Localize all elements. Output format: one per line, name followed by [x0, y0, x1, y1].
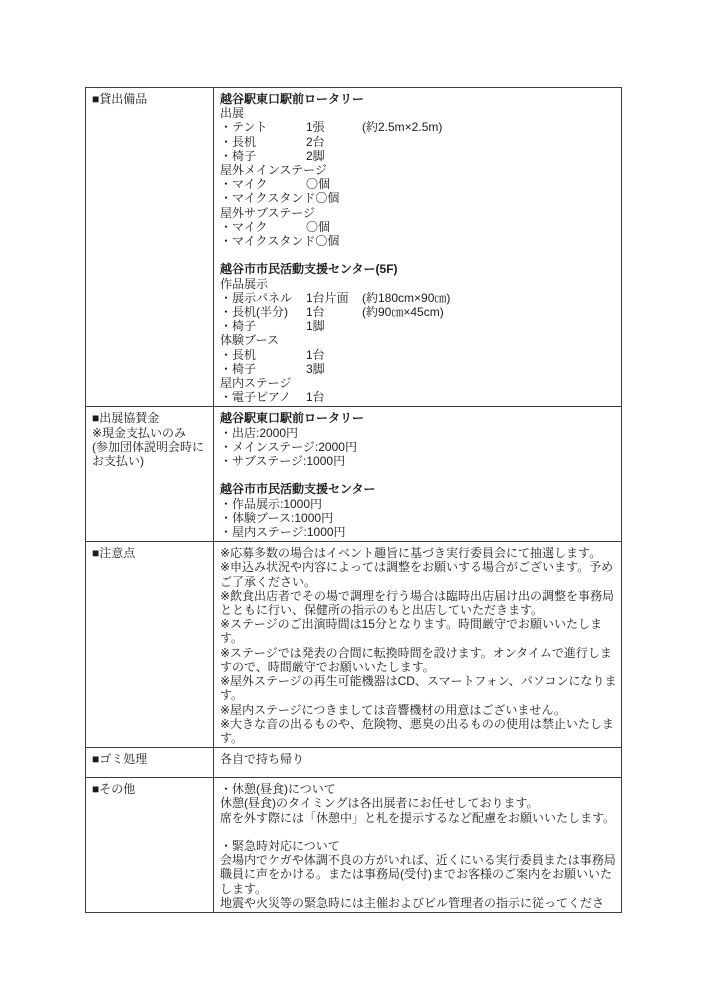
info-table: ■貸出備品越谷駅東口駅前ロータリー出展・テント1張(約2.5m×2.5m)・長机… — [85, 87, 622, 913]
document-page: ■貸出備品越谷駅東口駅前ロータリー出展・テント1張(約2.5m×2.5m)・長机… — [0, 0, 707, 1000]
equipment-item: ・マイクスタンド〇個 — [220, 234, 617, 248]
venue-title: 越谷市市民活動支援センター — [220, 482, 617, 496]
blank-line — [220, 248, 617, 262]
text-line: 屋内ステージ — [220, 376, 617, 390]
text-line: ※屋外ステージの再生可能機器はCD、スマートフォン、パソコンになります。 — [220, 674, 617, 702]
text-line: 休憩(昼食)のタイミングは各出展者にお任せしております。 — [220, 796, 617, 810]
header-line: ■注意点 — [92, 546, 209, 560]
header-line: ※現金支払いのみ — [92, 426, 209, 440]
header-line: ■出展協賛金 — [92, 411, 209, 425]
text-line: ※屋内ステージにつきましては音響機材の用意はございません。 — [220, 703, 617, 717]
table-row-garbage: ■ゴミ処理各自で持ち帰り — [86, 748, 622, 778]
text-line: 出展 — [220, 106, 617, 120]
item-name: ・展示パネル — [220, 291, 306, 305]
item-name: ・長机 — [220, 135, 306, 149]
text-line: 屋外メインステージ — [220, 163, 617, 177]
item-qty: 1台 — [306, 390, 362, 404]
table-row-equipment: ■貸出備品越谷駅東口駅前ロータリー出展・テント1張(約2.5m×2.5m)・長机… — [86, 88, 622, 407]
equipment-item: ・長机2台 — [220, 135, 617, 149]
item-qty: 2脚 — [306, 149, 362, 163]
text-line: ※大きな音の出るものや、危険物、悪臭の出るものの使用は禁止いたします。 — [220, 717, 617, 745]
row-content-equipment: 越谷駅東口駅前ロータリー出展・テント1張(約2.5m×2.5m)・長机2台・椅子… — [214, 88, 622, 407]
equipment-item: ・マイク〇個 — [220, 220, 617, 234]
blank-line — [220, 825, 617, 839]
equipment-item: ・椅子1脚 — [220, 319, 617, 333]
item-note: (約180cm×90㎝) — [362, 291, 450, 305]
item-qty: 3脚 — [306, 362, 362, 376]
text-line: ・サブステージ:1000円 — [220, 454, 617, 468]
text-line: ※応募多数の場合はイベント趣旨に基づき実行委員会にて抽選します。 — [220, 546, 617, 560]
venue-title: 越谷駅東口駅前ロータリー — [220, 92, 617, 106]
row-header-garbage: ■ゴミ処理 — [86, 748, 214, 778]
text-line: ※飲食出店者でその場で調理を行う場合は臨時出店届け出の調整を事務局とともに行い、… — [220, 589, 617, 617]
item-name: ・テント — [220, 120, 306, 134]
text-line: ・休憩(昼食)について — [220, 782, 617, 796]
item-qty: 〇個 — [306, 177, 362, 191]
row-header-notes: ■注意点 — [86, 542, 214, 748]
header-line: (参加団体説明会時に — [92, 440, 209, 454]
header-line: ■ゴミ処理 — [92, 752, 209, 766]
item-qty: 〇個 — [315, 191, 371, 205]
equipment-item: ・マイク〇個 — [220, 177, 617, 191]
equipment-item: ・椅子2脚 — [220, 149, 617, 163]
text-line: 屋外サブステージ — [220, 206, 617, 220]
venue-title: 越谷市市民活動支援センター(5F) — [220, 262, 617, 276]
item-name: ・マイク — [220, 220, 306, 234]
text-line: ・出店:2000円 — [220, 426, 617, 440]
venue-title: 越谷駅東口駅前ロータリー — [220, 411, 617, 425]
row-content-fees: 越谷駅東口駅前ロータリー・出店:2000円・メインステージ:2000円・サブステ… — [214, 407, 622, 542]
text-line: 席を外す際には「休憩中」と札を提示するなど配慮をお願いいたします。 — [220, 811, 617, 825]
item-name: ・長机(半分) — [220, 305, 306, 319]
item-qty: 〇個 — [315, 234, 371, 248]
equipment-item: ・電子ピアノ1台 — [220, 390, 617, 404]
text-line: 体験ブース — [220, 333, 617, 347]
text-line: ※申込み状況や内容によっては調整をお願いする場合がございます。予めご了承ください… — [220, 560, 617, 588]
equipment-item: ・長机1台 — [220, 348, 617, 362]
item-note: (約2.5m×2.5m) — [362, 120, 442, 134]
equipment-item: ・椅子3脚 — [220, 362, 617, 376]
item-name: ・マイクスタンド — [220, 191, 315, 205]
text-line: ・メインステージ:2000円 — [220, 440, 617, 454]
item-note: (約90㎝×45cm) — [362, 305, 444, 319]
item-qty: 〇個 — [306, 220, 362, 234]
item-name: ・椅子 — [220, 149, 306, 163]
equipment-item: ・展示パネル1台片面(約180cm×90㎝) — [220, 291, 617, 305]
blank-line — [220, 468, 617, 482]
text-line: ・屋内ステージ:1000円 — [220, 525, 617, 539]
item-name: ・電子ピアノ — [220, 390, 306, 404]
text-line: 会場内でケガや体調不良の方がいれば、近くにいる実行委員または事務局職員に声をかけ… — [220, 853, 617, 896]
text-line: ・体験ブース:1000円 — [220, 511, 617, 525]
equipment-item: ・マイクスタンド〇個 — [220, 191, 617, 205]
text-line: ・作品展示:1000円 — [220, 497, 617, 511]
header-line: ■その他 — [92, 782, 209, 796]
info-table-body: ■貸出備品越谷駅東口駅前ロータリー出展・テント1張(約2.5m×2.5m)・長机… — [86, 88, 622, 913]
text-line: 地震や火災等の緊急時には主催およびビル管理者の指示に従ってくださ — [220, 896, 617, 910]
item-name: ・長机 — [220, 348, 306, 362]
text-line: 作品展示 — [220, 277, 617, 291]
header-line: お支払い) — [92, 454, 209, 468]
table-row-notes: ■注意点※応募多数の場合はイベント趣旨に基づき実行委員会にて抽選します。※申込み… — [86, 542, 622, 748]
row-content-notes: ※応募多数の場合はイベント趣旨に基づき実行委員会にて抽選します。※申込み状況や内… — [214, 542, 622, 748]
row-header-equipment: ■貸出備品 — [86, 88, 214, 407]
row-content-other: ・休憩(昼食)について休憩(昼食)のタイミングは各出展者にお任せしております。席… — [214, 778, 622, 913]
item-qty: 1台片面 — [306, 291, 362, 305]
item-qty: 1台 — [306, 348, 362, 362]
header-line: ■貸出備品 — [92, 92, 209, 106]
table-row-other: ■その他・休憩(昼食)について休憩(昼食)のタイミングは各出展者にお任せしており… — [86, 778, 622, 913]
item-name: ・マイクスタンド — [220, 234, 315, 248]
item-name: ・椅子 — [220, 319, 306, 333]
item-qty: 1張 — [306, 120, 362, 134]
row-content-garbage: 各自で持ち帰り — [214, 748, 622, 778]
equipment-item: ・テント1張(約2.5m×2.5m) — [220, 120, 617, 134]
row-header-fees: ■出展協賛金※現金支払いのみ(参加団体説明会時にお支払い) — [86, 407, 214, 542]
equipment-item: ・長机(半分)1台(約90㎝×45cm) — [220, 305, 617, 319]
item-name: ・椅子 — [220, 362, 306, 376]
text-line: 各自で持ち帰り — [220, 752, 617, 766]
table-row-fees: ■出展協賛金※現金支払いのみ(参加団体説明会時にお支払い)越谷駅東口駅前ロータリ… — [86, 407, 622, 542]
text-line: ※ステージのご出演時間は15分となります。時間厳守でお願いいたします。 — [220, 617, 617, 645]
text-line: ・緊急時対応について — [220, 839, 617, 853]
item-qty: 2台 — [306, 135, 362, 149]
text-line: ※ステージでは発表の合間に転換時間を設けます。オンタイムで進行しますので、時間厳… — [220, 646, 617, 674]
row-header-other: ■その他 — [86, 778, 214, 913]
item-qty: 1台 — [306, 305, 362, 319]
item-qty: 1脚 — [306, 319, 362, 333]
item-name: ・マイク — [220, 177, 306, 191]
